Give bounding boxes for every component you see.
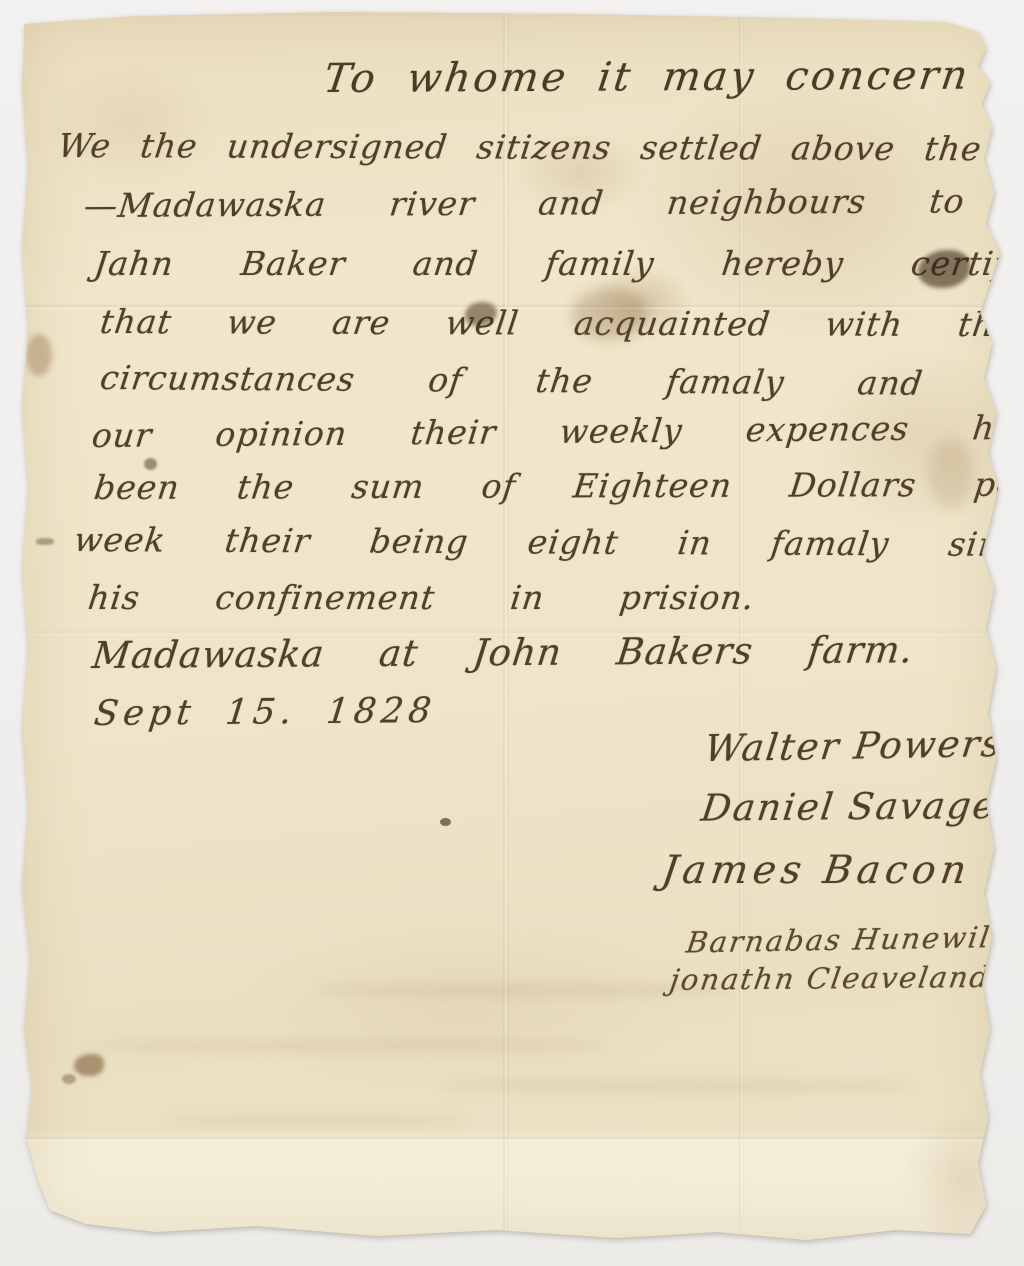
letter-body-line: that we are well acquainted with the [98, 302, 1018, 344]
ink-bleedthrough [86, 1040, 606, 1052]
foxing-stain [62, 1074, 76, 1084]
ink-bleedthrough [436, 1080, 916, 1092]
letter-title: To whome it may concern [321, 53, 973, 102]
paper-shadow-wrap: To whome it may concern We the undersign… [0, 0, 1024, 1266]
letter-body-line: week their being eight in famaly since [72, 520, 1024, 564]
fold-crease-horizontal [16, 1136, 1008, 1142]
letter-body-line: circumstances of the famaly and in [98, 358, 1024, 403]
ink-bleedthrough [166, 1116, 466, 1126]
letter-body-line: We the undersigned sitizens settled abov… [56, 126, 984, 168]
foxing-stain [74, 1054, 104, 1076]
letter-body-line: his confinement in prision. [86, 578, 757, 617]
letter-body-line: —Madawaska river and neighbours to [82, 181, 967, 225]
signature-daniel-savage: Daniel Savage [699, 784, 1000, 830]
margin-mark [36, 538, 54, 545]
letter-body-line: our opinion their weekly expences have [90, 408, 1024, 455]
scanned-letter-background: To whome it may concern We the undersign… [0, 0, 1024, 1266]
letter-paper: To whome it may concern We the undersign… [16, 8, 1008, 1248]
letter-body-line: been the sum of Eighteen Dollars per [92, 465, 1024, 507]
letter-place-line: Madawaska at John Bakers farm. [90, 628, 916, 677]
signature-barnabas-hunewill: Barnabas Hunewill [684, 920, 1004, 959]
ink-fleck [440, 818, 451, 826]
signature-james-bacon: James Bacon [659, 848, 974, 893]
signature-walter-powers: Walter Powers [702, 722, 1005, 770]
letter-body-line: Jahn Baker and family hereby certify [92, 244, 1024, 283]
signature-jonathn-cleaveland: jonathn Cleaveland [668, 960, 993, 997]
letter-date-line: Sept 15. 1828 [92, 691, 438, 734]
foxing-stain [26, 334, 52, 376]
